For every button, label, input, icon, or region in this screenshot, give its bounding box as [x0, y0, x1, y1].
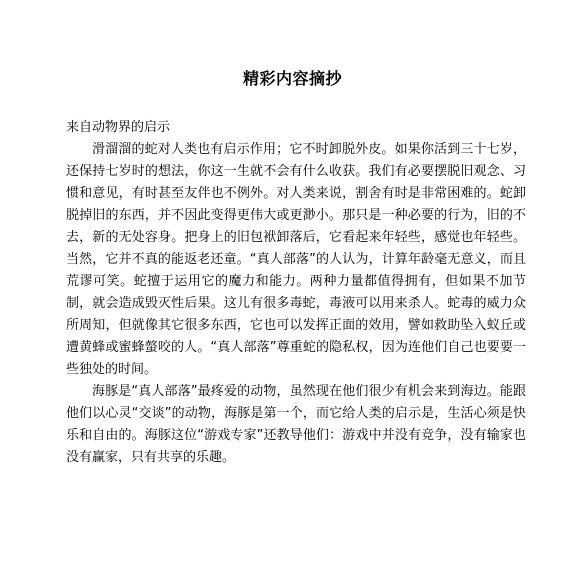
page-title: 精彩内容摘抄 [0, 66, 585, 89]
paragraph-snake: 滑溜溜的蛇对人类也有启示作用；它不时卸脱外皮。如果你活到三十七岁，还保持七岁时的… [66, 139, 526, 381]
document-body: 来自动物界的启示 滑溜溜的蛇对人类也有启示作用；它不时卸脱外皮。如果你活到三十七… [66, 117, 526, 469]
paragraph-dolphin: 海豚是“真人部落”最疼爱的动物，虽然现在他们很少有机会来到海边。能跟他们以心灵“… [66, 381, 526, 469]
section-subtitle: 来自动物界的启示 [66, 117, 526, 139]
